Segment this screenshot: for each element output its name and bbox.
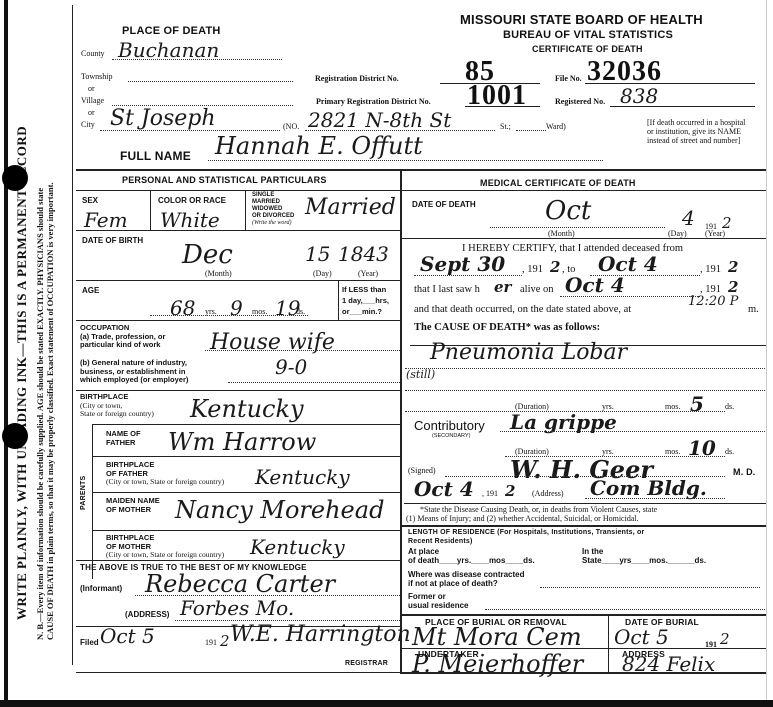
full-name-label: FULL NAME [120,149,191,163]
residence-heading: LENGTH OF RESIDENCE (For Hospitals, Inst… [408,529,644,536]
city-label: City [81,120,95,129]
registrar-label: REGISTRAR [345,660,388,667]
informant-value: Rebecca Carter [145,570,335,598]
dob-label: DATE OF BIRTH [82,236,143,245]
mother-birthplace-label: BIRTHPLACEOF MOTHER(City or town, State … [106,534,224,560]
ds-caption: ds. [725,447,734,456]
age-months: 9 [230,296,243,320]
signed-label: (Signed) [408,466,436,475]
race-label: COLOR OR RACE [158,196,226,205]
death-time: 12:20 P [688,294,738,309]
street-value: 2821 N-8th St [308,108,451,132]
mos-caption: mos. [665,402,680,411]
residence-heading-2: Recent Residents) [408,538,472,545]
attended-from: Sept 30 [420,252,505,276]
occupation-label: OCCUPATION(a) Trade, profession, orparti… [80,324,165,350]
day-caption: (Day) [313,269,332,278]
year-prefix: , 191 [522,264,543,275]
place-of-death-heading: PLACE OF DEATH [122,25,221,37]
punch-hole [2,423,28,449]
occupation-b-label: (b) General nature of industry,business,… [80,359,188,385]
village-label: Village [81,96,104,105]
full-name-value: Hannah E. Offutt [215,132,423,160]
punch-hole [2,165,28,191]
primary-registration-value: 1001 [467,80,527,112]
age-years: 68 [170,296,195,320]
margin-line [72,5,73,665]
address-label: (ADDRESS) [125,610,169,619]
occupation-value: House wife [210,330,335,355]
occupation-b-value: 9-0 [275,355,307,379]
certificate-title: CERTIFICATE OF DEATH [532,44,643,54]
cause-heading: The CAUSE OF DEATH* was as follows: [414,322,600,333]
month-caption: (Month) [548,229,575,238]
registrar-signature: W.E. Harrington [230,622,411,647]
marital-value: Married [305,195,396,220]
scan-edge-bottom [0,700,773,707]
alive-on-label: alive on [520,284,554,295]
ward-label: Ward) [546,122,566,131]
mos-caption: mos. [665,447,680,456]
md-label: M. D. [733,467,756,477]
bureau-title: BUREAU OF VITAL STATISTICS [503,29,673,41]
signed-date: Oct 4 [414,477,474,501]
dob-month: Dec [182,240,233,270]
filed-year-value: 2 [220,632,230,650]
filed-date-value: Oct 5 [100,624,155,648]
month-caption: (Month) [205,269,232,278]
personal-heading: PERSONAL AND STATISTICAL PARTICULARS [122,175,327,185]
informant-address-value: Forbes Mo. [180,596,294,620]
agency-title: MISSOURI STATE BOARD OF HEALTH [460,12,703,27]
margin-instruction: WRITE PLAINLY, WITH UNFADING INK—THIS IS… [14,126,30,620]
father-birthplace-label: BIRTHPLACEOF FATHER(City or town, State … [106,461,224,487]
dod-day: 4 [682,206,695,230]
cause-value: Pneumonia Lobar [430,340,627,365]
last-saw-label: that I last saw h [414,284,480,295]
informant-label: (Informant) [80,584,122,593]
hospital-note: [If death occurred in a hospital or inst… [647,118,752,145]
year-prefix: , 191 [700,264,721,275]
burial-date-value: Oct 5 [614,625,669,649]
township-label: Township [81,72,112,81]
primary-registration-label: Primary Registration District No. [316,97,431,106]
filed-year-prefix: 191 [205,638,217,647]
registered-no-label: Registered No. [555,97,605,106]
sex-value: Fem [84,208,128,232]
burial-place-value: Mt Mora Cem [412,623,582,651]
at-place-of-death: At placeof death____yrs.____mos____ds. [408,547,535,565]
registration-district-label: Registration District No. [315,74,399,83]
footnote-1: *State the Disease Causing Death, or, in… [420,505,657,514]
less-than-note: If LESS than1 day,___hrs,or___min.? [342,284,389,317]
registered-no-value: 838 [620,84,658,108]
mother-value: Nancy Morehead [175,496,384,524]
or-label: or [88,84,95,93]
attended-to-year: 2 [728,258,738,276]
year-caption: (Year) [358,269,378,278]
city-value: St Joseph [110,106,216,131]
margin-note-2: CAUSE OF DEATH in plain terms, so that i… [45,182,55,640]
medical-heading: MEDICAL CERTIFICATE OF DEATH [480,178,636,188]
father-value: Wm Harrow [168,428,316,456]
father-label: NAME OFFATHER [106,430,141,447]
contributory-label: Contributory [414,418,485,433]
dob-year: 1843 [338,242,389,266]
address-label: (Address) [532,489,564,498]
physician-address: Com Bldg. [590,476,707,500]
former-residence: Former orusual residence [408,592,468,610]
footnote-2: (1) Means of Injury; and (2) whether Acc… [406,514,639,523]
attended-from-year: 2 [550,258,560,276]
duration-days: 5 [690,392,704,416]
scan-edge [766,0,767,707]
mother-birthplace-value: Kentucky [250,535,345,559]
birthplace-value: Kentucky [190,395,304,423]
disease-contracted: Where was disease contractedif not at pl… [408,570,525,588]
parents-label: PARENTS [80,476,87,510]
last-saw-date: Oct 4 [565,273,625,297]
mother-label: MAIDEN NAMEOF MOTHER [106,497,160,514]
m-label: m. [748,304,759,315]
death-occurred-text: and that death occurred, on the date sta… [414,304,631,315]
sex-label: SEX [82,196,98,205]
burial-year-value: 2 [720,630,730,648]
secondary-label: (SECONDARY) [432,433,470,439]
county-label: County [81,49,105,58]
st-label: St.; [500,122,511,131]
birthplace-label: BIRTHPLACE(City or town,State or foreign… [80,393,154,419]
year-prefix: , 191 [482,489,498,498]
age-label: AGE [82,286,99,295]
filed-label: Filed [80,638,99,647]
file-no-label: File No. [555,74,582,83]
dob-day: 15 [305,242,330,266]
marital-options: SINGLEMARRIEDWIDOWEDOR DIVORCED(Write th… [252,192,294,227]
in-the-state: In theState____yrs____mos.______ds. [582,547,706,565]
father-birthplace-value: Kentucky [255,465,350,489]
day-caption: (Day) [668,229,687,238]
last-saw-pronoun: er [494,278,511,296]
year-caption: (Year) [705,229,725,238]
street-number-label: (NO. [283,122,299,131]
scan-edge [4,0,8,700]
signed-year: 2 [505,482,515,500]
dod-month: Oct [545,196,591,226]
ds-caption: ds. [725,402,734,411]
dod-label: DATE OF DEATH [412,200,476,209]
margin-note-1: N. B.—Every item of information should b… [35,188,45,640]
cause-line-2: (still) [406,368,435,381]
or-label: or [88,108,95,117]
race-value: White [160,208,220,232]
county-value: Buchanan [118,38,219,62]
